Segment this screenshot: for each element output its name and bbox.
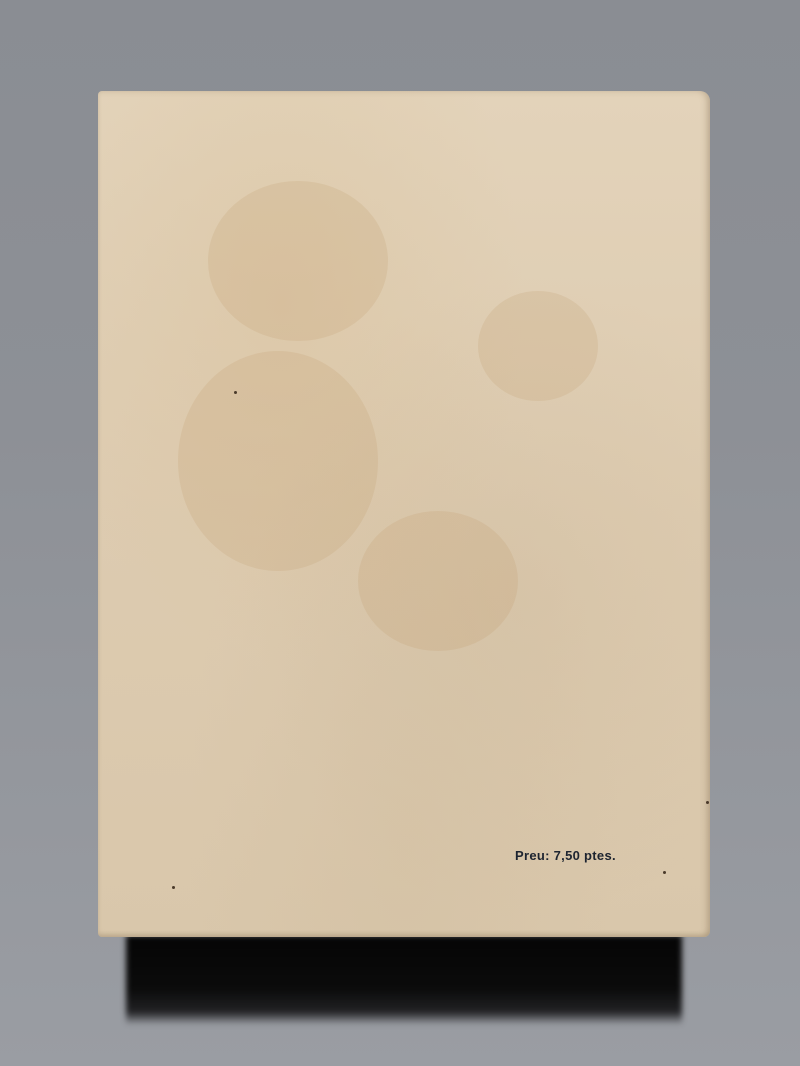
paper-stain: [358, 511, 518, 651]
book-back-cover: [98, 91, 710, 937]
book-shadow: [126, 935, 682, 1025]
paper-stain: [478, 291, 598, 401]
paper-speck: [663, 871, 666, 874]
paper-stain: [208, 181, 388, 341]
paper-speck: [234, 391, 237, 394]
price-label: Preu: 7,50 ptes.: [515, 848, 616, 863]
paper-speck: [172, 886, 175, 889]
paper-speck: [706, 801, 709, 804]
paper-stain: [178, 351, 378, 571]
